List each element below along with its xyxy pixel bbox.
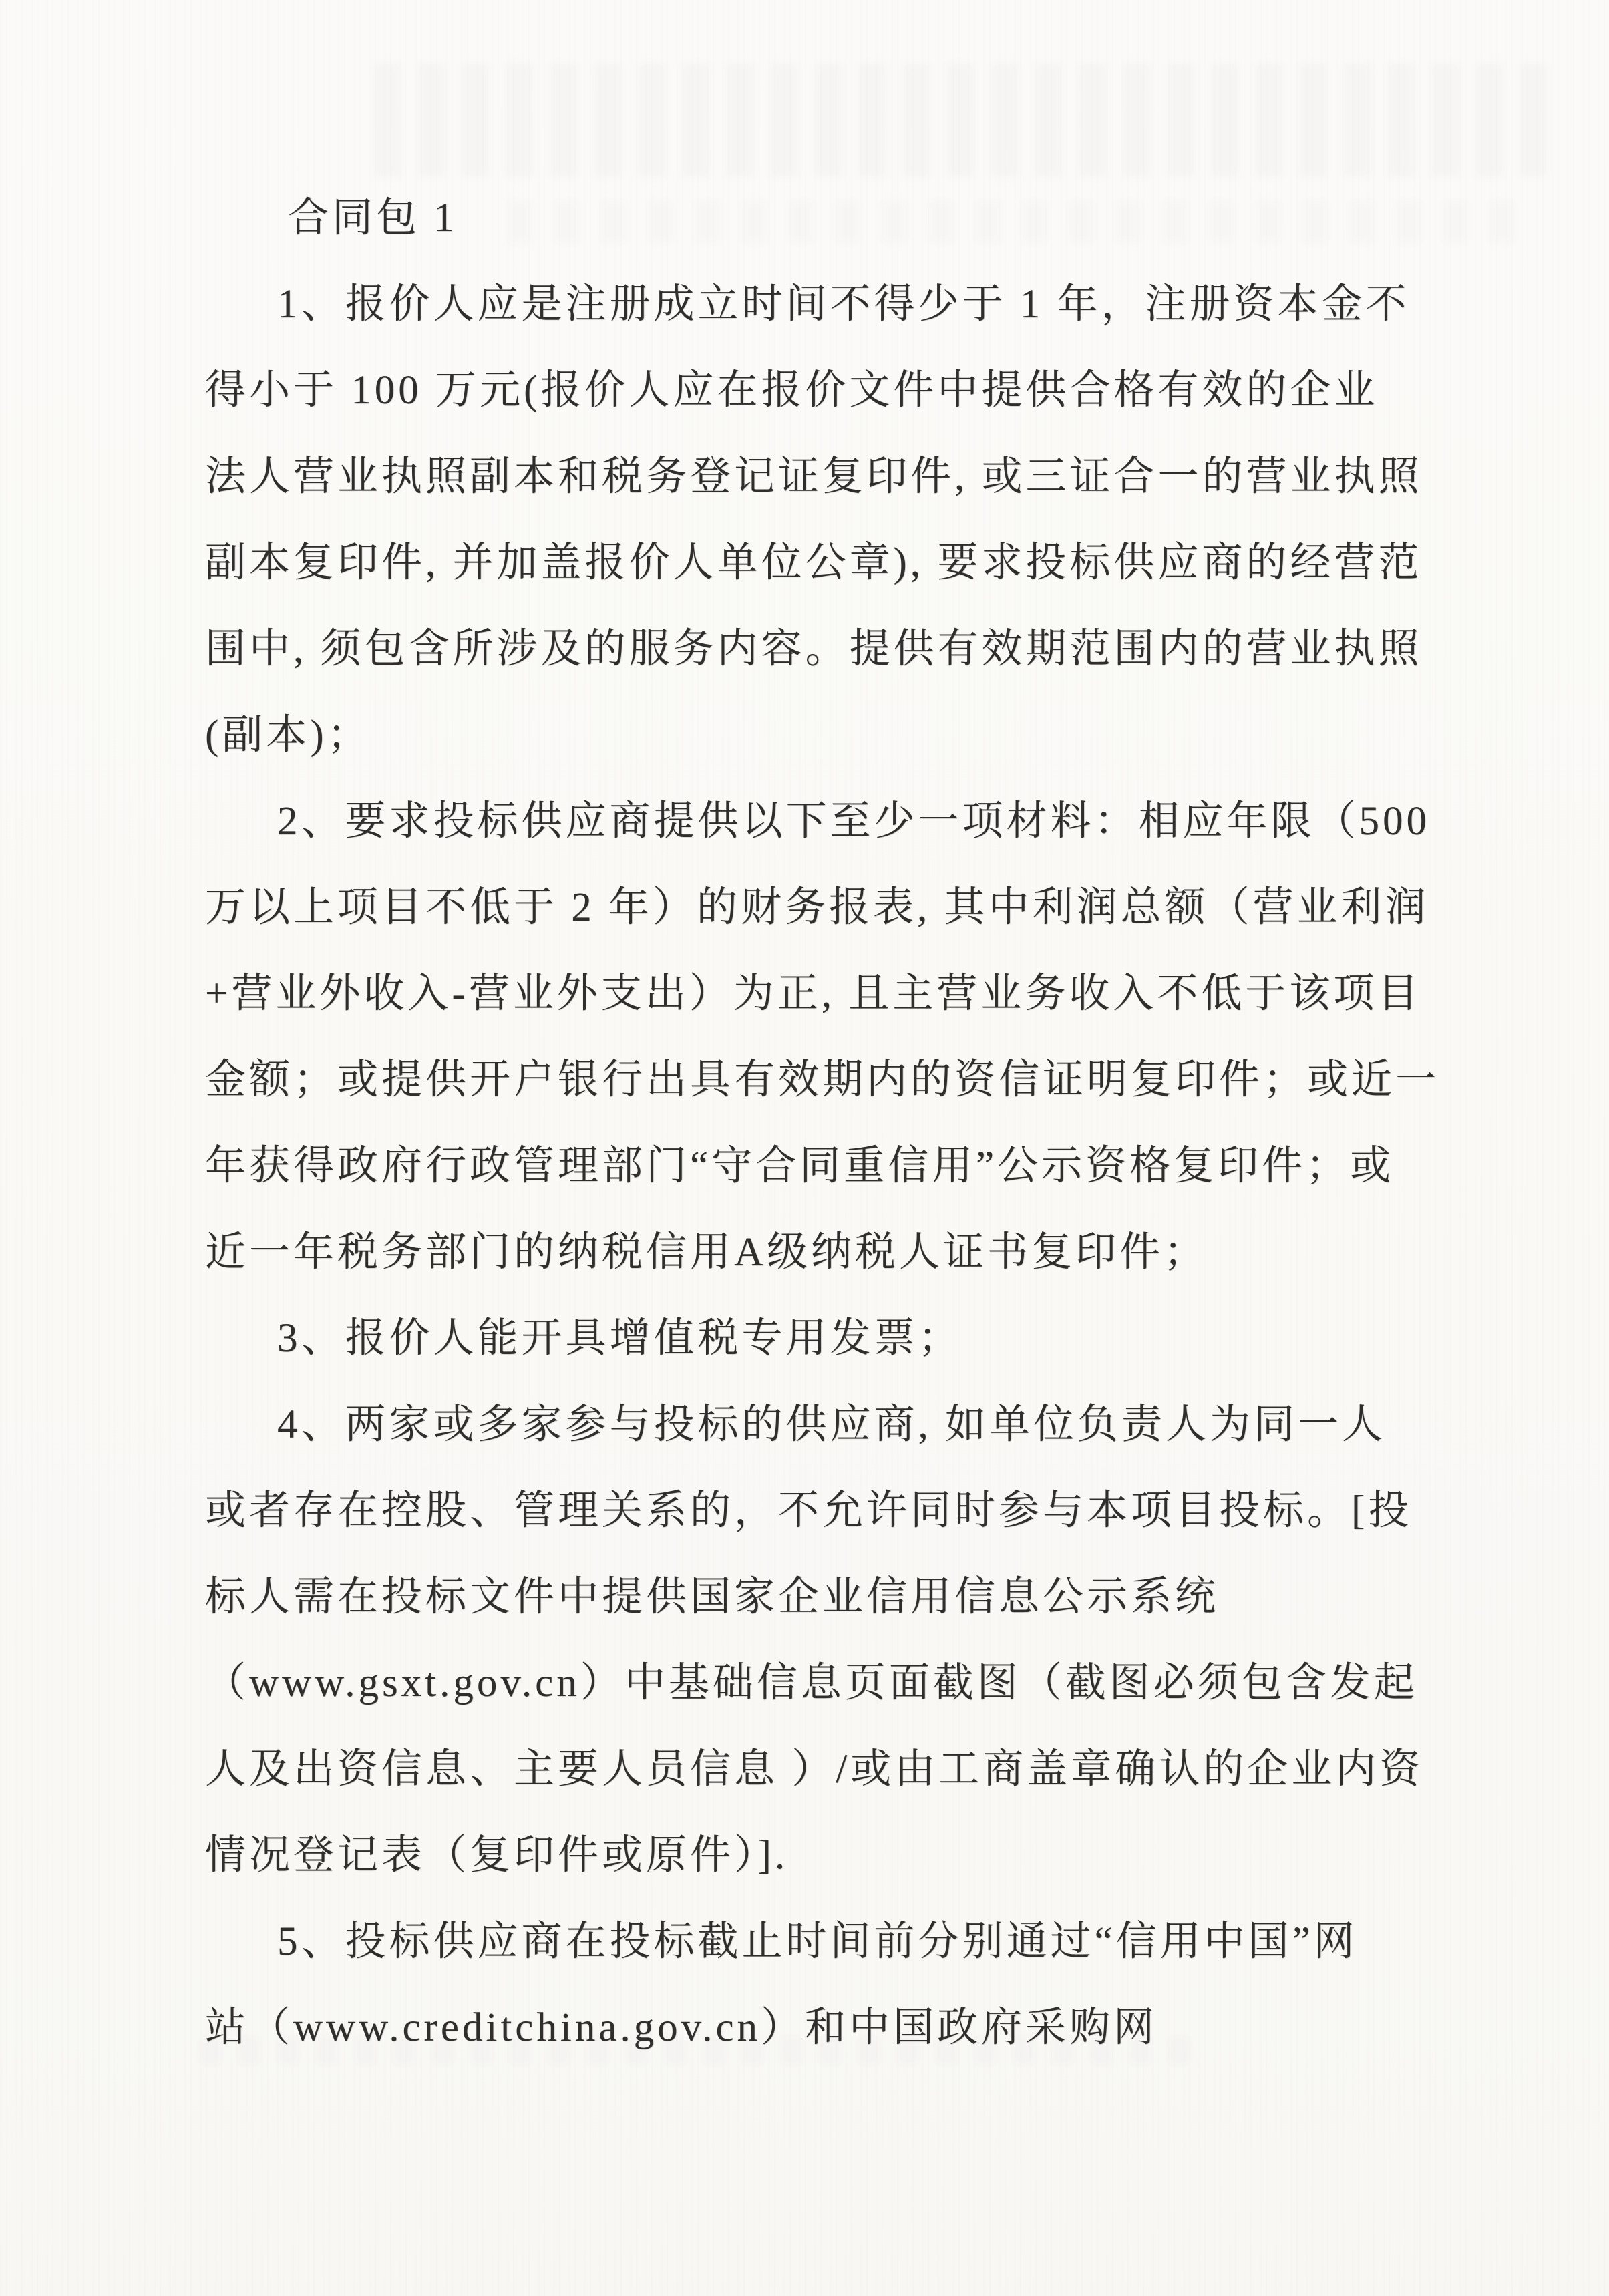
text-line: 近一年税务部门的纳税信用A级纳税人证书复印件； (205, 1209, 1436, 1295)
text-line: 或者存在控股、管理关系的，不允许同时参与本项目投标。[投 (205, 1468, 1436, 1554)
text-line: +营业外收入-营业外支出）为正, 且主营业务收入不低于该项目 (205, 951, 1436, 1037)
text-line: 金额；或提供开户银行出具有效期内的资信证明复印件；或近一 (205, 1037, 1436, 1123)
text-line: 年获得政府行政管理部门“守合同重信用”公示资格复印件；或 (205, 1123, 1436, 1209)
text-line: 人及出资信息、主要人员信息 ）/或由工商盖章确认的企业内资 (205, 1726, 1436, 1812)
text-line: 4、两家或多家参与投标的供应商, 如单位负责人为同一人 (205, 1381, 1436, 1468)
text-line: 1、报价人应是注册成立时间不得少于 1 年，注册资本金不 (205, 261, 1436, 347)
text-line: 2、要求投标供应商提供以下至少一项材料：相应年限（500 (205, 778, 1436, 864)
text-line: 情况登记表（复印件或原件）]. (205, 1812, 1436, 1899)
text-line: 万以上项目不低于 2 年）的财务报表, 其中利润总额（营业利润 (205, 864, 1436, 951)
text-line: 3、报价人能开具增值税专用发票； (205, 1295, 1436, 1381)
text-line: 副本复印件, 并加盖报价人单位公章), 要求投标供应商的经营范 (205, 520, 1436, 606)
bleedthrough-artifact (374, 63, 1550, 177)
page-title: 合同包 1 (205, 175, 1436, 261)
text-line: （www.gsxt.gov.cn）中基础信息页面截图（截图必须包含发起 (205, 1640, 1436, 1726)
text-line: 5、投标供应商在投标截止时间前分别通过“信用中国”网 (205, 1899, 1436, 1985)
document-body: 合同包 1 1、报价人应是注册成立时间不得少于 1 年，注册资本金不 得小于 1… (205, 175, 1436, 2071)
document-page: 合同包 1 1、报价人应是注册成立时间不得少于 1 年，注册资本金不 得小于 1… (0, 0, 1609, 2296)
text-line: 得小于 100 万元(报价人应在报价文件中提供合格有效的企业 (205, 347, 1436, 434)
text-line: 站（www.creditchina.gov.cn）和中国政府采购网 (205, 1985, 1436, 2071)
text-line: 标人需在投标文件中提供国家企业信用信息公示系统 (205, 1554, 1436, 1640)
text-line: (副本)； (205, 692, 1436, 778)
text-line: 法人营业执照副本和税务登记证复印件, 或三证合一的营业执照 (205, 434, 1436, 520)
text-line: 围中, 须包含所涉及的服务内容。提供有效期范围内的营业执照 (205, 606, 1436, 692)
